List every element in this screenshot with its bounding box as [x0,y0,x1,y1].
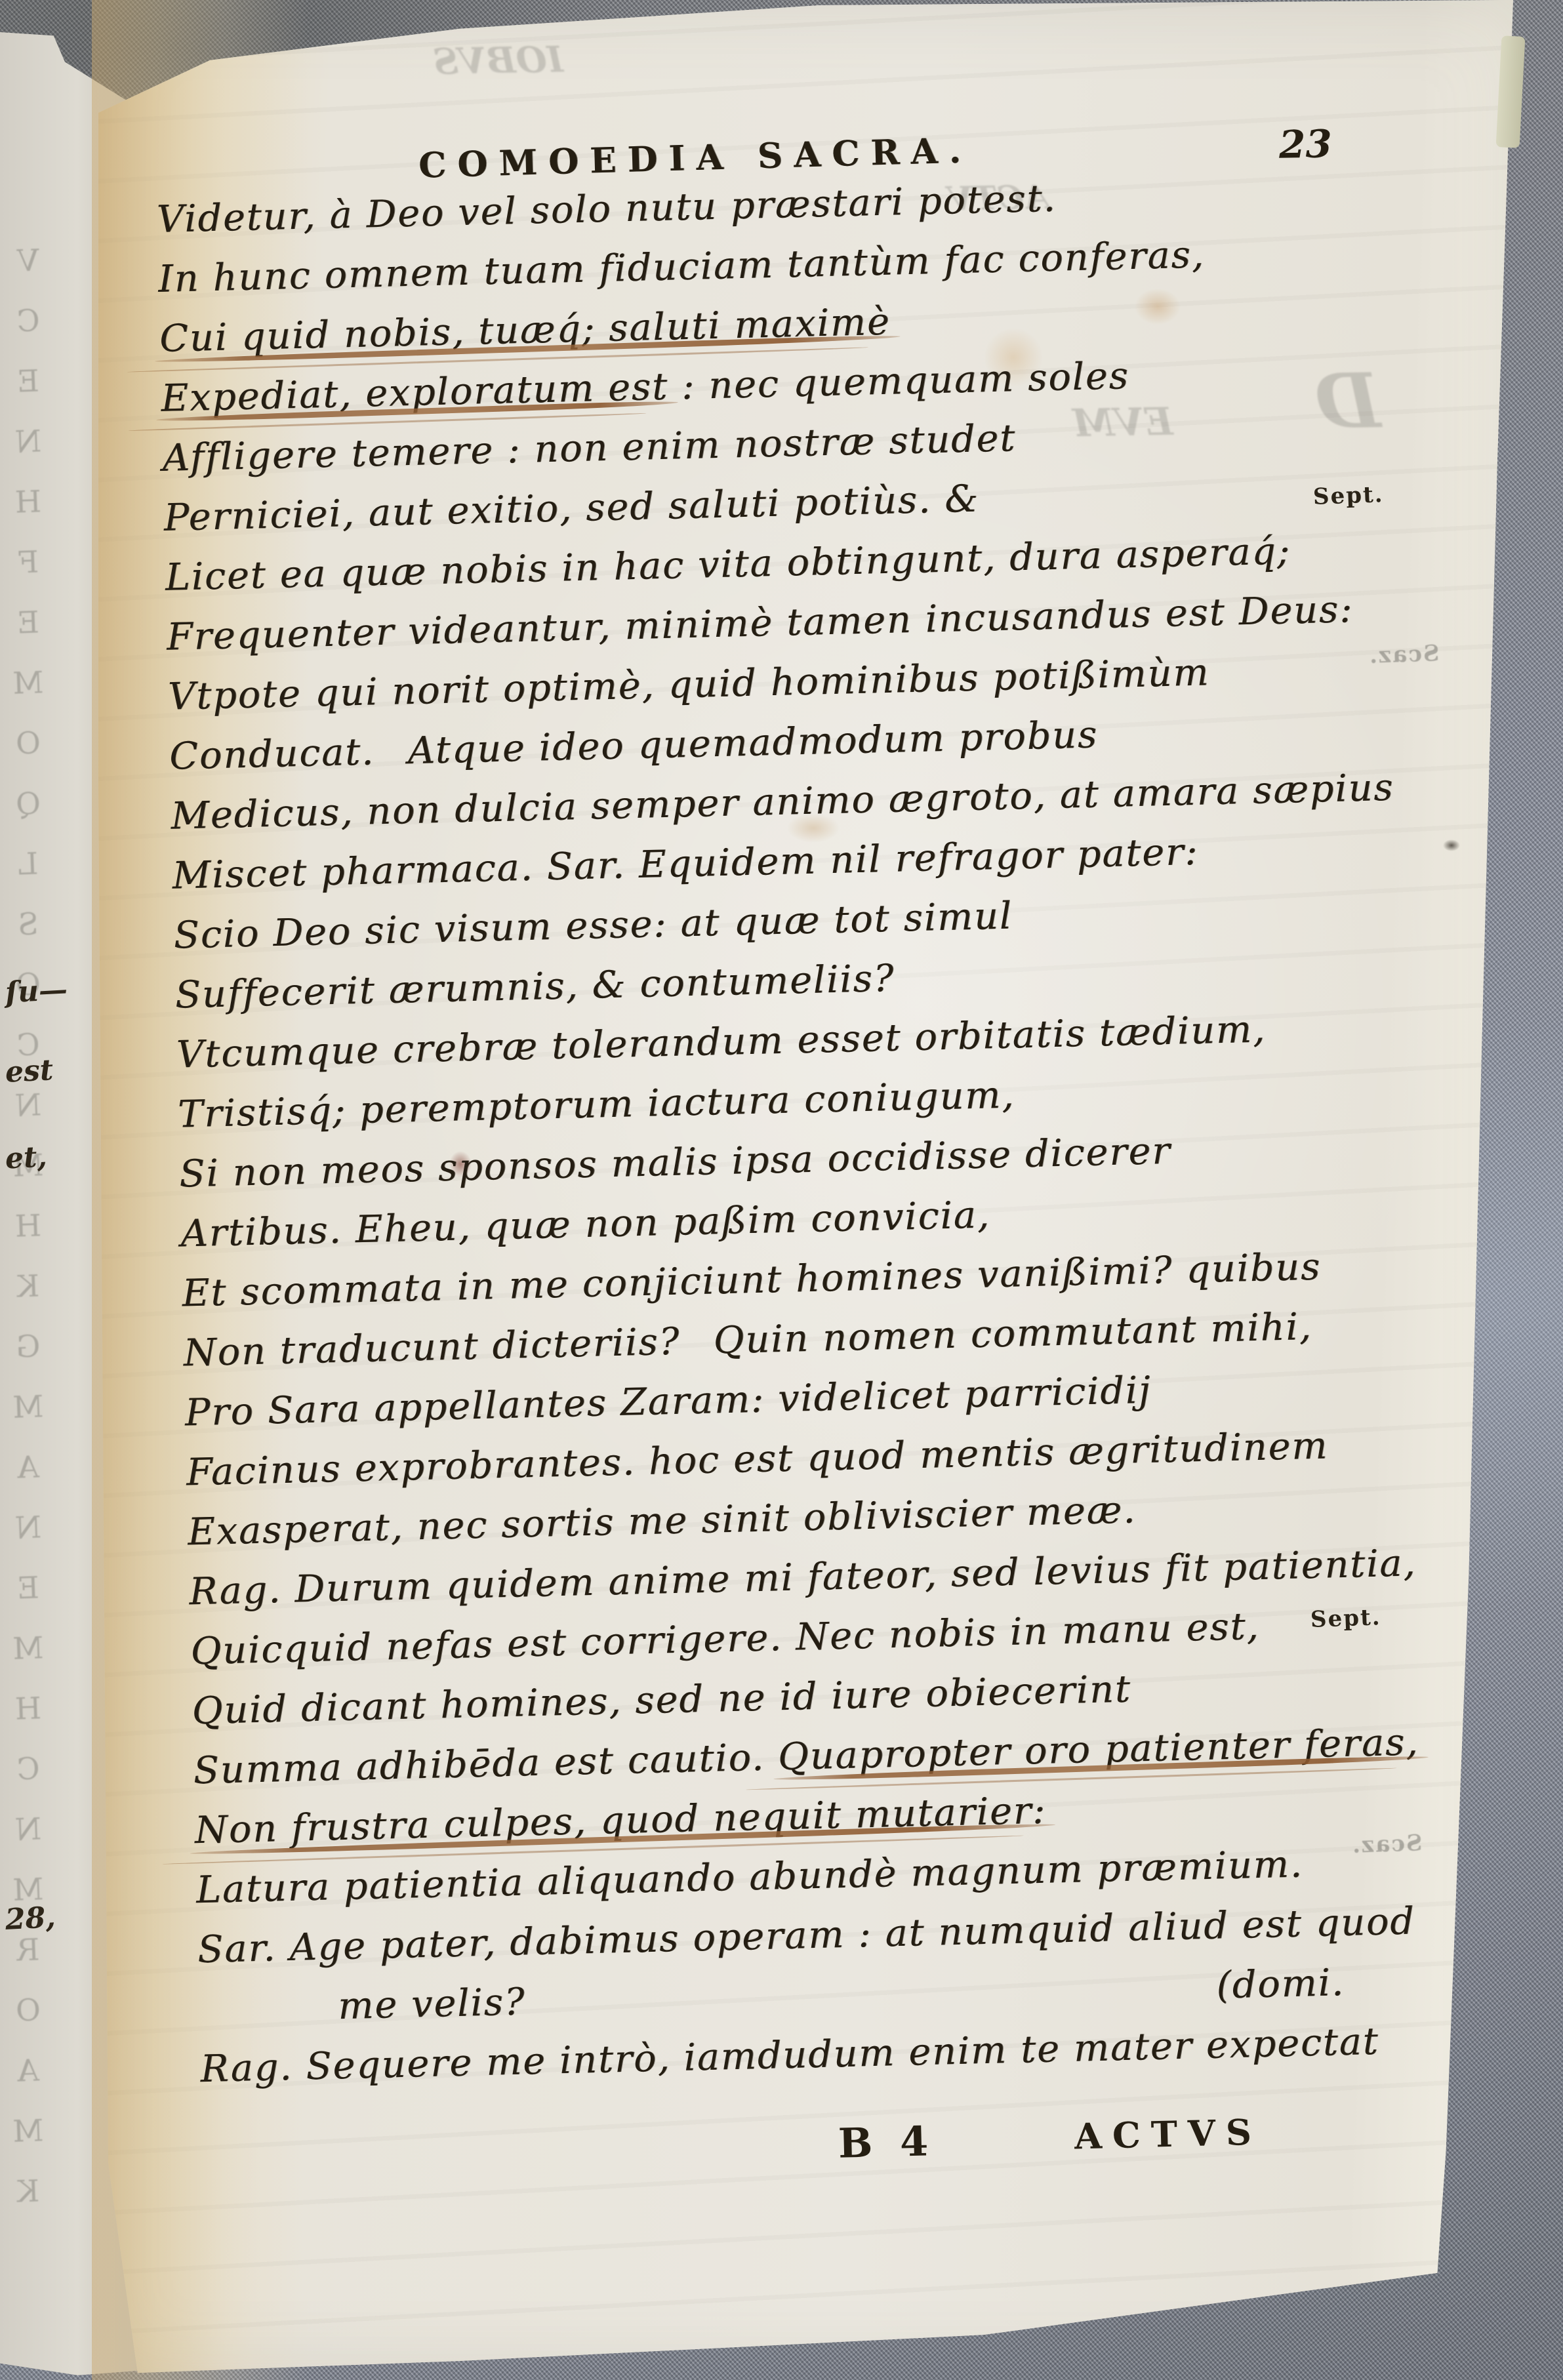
ink-underlined-text: Quapropter oro patienter feras, [777,1720,1419,1779]
text-block: Videtur, à Deo vel solo nutu præstari po… [156,162,1409,2100]
showthrough-letter: K [2,1268,54,1305]
showthrough-letter: H [2,1207,54,1245]
showthrough-letter: E [2,1569,54,1607]
showthrough-word: IOBVS [432,38,563,82]
showthrough-letter: N [2,1087,54,1124]
line-text: Affligere temere : non enim nostræ stude… [162,416,1017,480]
line-text: : nec quemquam soles [668,354,1129,409]
showthrough-letter: C [2,1750,54,1788]
line-text: me velis? [338,1981,527,2028]
line-text: Artibus. Eheu, quæ non paßim convicia, [180,1193,991,1255]
showthrough-letter: L [2,845,54,883]
showthrough-letter: F [2,544,54,581]
edge-text-fragment: ſu— [5,973,68,1010]
showthrough-letter: N [2,1509,54,1546]
showthrough-letter: K [2,2173,54,2210]
ink-underlined-text: Non frustra culpes, quod nequit mutarier… [194,1789,1047,1853]
showthrough-letter: S [2,906,54,943]
margin-note: Sept. [1310,1604,1381,1633]
edge-text-fragment: est [5,1053,54,1089]
page-number: 23 [1278,121,1332,167]
signature-mark: B 4 [838,2117,935,2168]
showthrough-margin-note: Scaz. [1368,640,1440,669]
showthrough-letter: E [2,363,54,400]
line-text: Summa adhibēda est cautio. [193,1735,779,1792]
line-text: Suffecerit ærumnis, & contumeliis? [174,957,895,1017]
showthrough-letter: N [2,423,54,460]
photographed-book-page: VCENHFEMOQLSOCNMHKGMANEMHCNMROAMK ſu—est… [0,0,1563,2380]
showthrough-letter: M [2,2112,54,2150]
showthrough-letter: M [2,664,54,702]
showthrough-letter: C [2,302,54,340]
showthrough-letter: H [2,483,54,521]
line-text: Perniciei, aut exitio, sed saluti potiùs… [163,477,980,540]
showthrough-letter: H [2,1690,54,1727]
edge-text-fragment: et, [5,1140,48,1175]
showthrough-letter: V [2,242,54,279]
turnover-text: (domi. [1215,1953,1345,2016]
edge-text-fragment: 28, [5,1901,56,1937]
showthrough-letter: N [2,1811,54,1848]
showthrough-letter: M [2,1630,54,1667]
line-text: Scio Deo sic visum esse: at quæ tot simu… [173,895,1013,958]
ink-underlined-text: Cui quid nobis, tuæq́; saluti maximè [159,300,891,361]
showthrough-letter: A [2,2052,54,2089]
showthrough-letter: E [2,604,54,641]
showthrough-letter: O [2,725,54,762]
margin-note: Sept. [1312,481,1384,510]
ink-underlined-text: Expediat, exploratum est [161,365,669,420]
showthrough-letter: O [2,1992,54,2029]
showthrough-letter: Q [2,785,54,822]
showthrough-margin-note: Scaz. [1350,1830,1423,1859]
showthrough-letter: G [2,1328,54,1365]
page-edge-sliver [1496,35,1526,148]
showthrough-letter: M [2,1388,54,1426]
ink-speck [1443,839,1460,851]
showthrough-letter: A [2,1449,54,1486]
line-text: Tristisq́; peremptorum iactura coniugum, [177,1074,1015,1137]
catchword: ACTVS [1074,2111,1262,2158]
showthrough-letter: R [2,1931,54,1969]
